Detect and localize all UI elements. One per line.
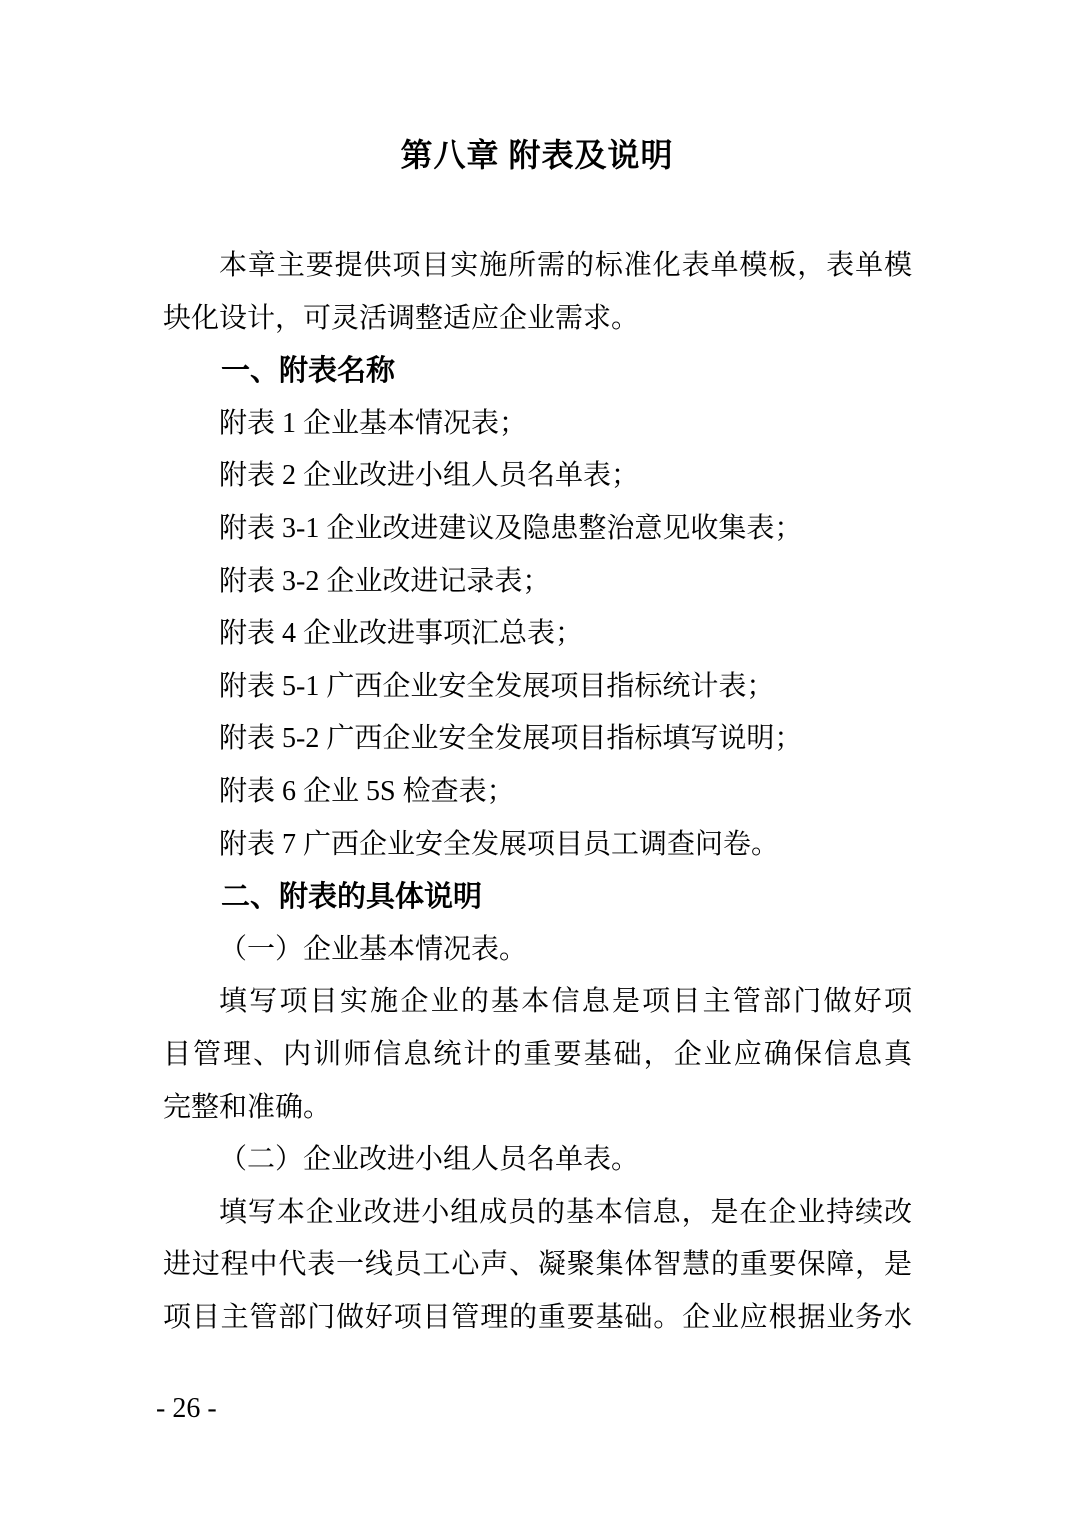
list-item-appendix-7: 附表 7 广西企业安全发展项目员工调查问卷。	[163, 819, 912, 872]
page-title: 第八章 附表及说明	[0, 130, 1074, 176]
subsection-heading-2: （二）企业改进小组人员名单表。	[163, 1134, 912, 1187]
list-item-appendix-6: 附表 6 企业 5S 检查表；	[163, 766, 912, 819]
paragraph-line: 填写项目实施企业的基本信息是项目主管部门做好项	[163, 976, 912, 1029]
list-item-appendix-3-1: 附表 3-1 企业改进建议及隐患整治意见收集表；	[163, 503, 912, 556]
paragraph-line: 完整和准确。	[163, 1082, 912, 1135]
paragraph-line: 目管理、内训师信息统计的重要基础，企业应确保信息真实、	[163, 1029, 912, 1082]
paragraph-line: 块化设计，可灵活调整适应企业需求。	[163, 293, 912, 346]
list-item-appendix-2: 附表 2 企业改进小组人员名单表；	[163, 450, 912, 503]
page-number: - 26 -	[156, 1392, 217, 1426]
paragraph-line: 项目主管部门做好项目管理的重要基础。企业应根据业务水	[163, 1292, 912, 1345]
subsection-heading-1: （一）企业基本情况表。	[163, 924, 912, 977]
paragraph-line: 填写本企业改进小组成员的基本信息，是在企业持续改	[163, 1187, 912, 1240]
list-item-appendix-5-2: 附表 5-2 广西企业安全发展项目指标填写说明；	[163, 713, 912, 766]
paragraph-line: 进过程中代表一线员工心声、凝聚集体智慧的重要保障，是	[163, 1239, 912, 1292]
list-item-appendix-4: 附表 4 企业改进事项汇总表；	[163, 608, 912, 661]
document-page: 第八章 附表及说明 本章主要提供项目实施所需的标准化表单模板，表单模 块化设计，…	[0, 0, 1074, 1520]
list-item-appendix-5-1: 附表 5-1 广西企业安全发展项目指标统计表；	[163, 661, 912, 714]
paragraph-line: 本章主要提供项目实施所需的标准化表单模板，表单模	[163, 240, 912, 293]
section-heading-1: 一、附表名称	[163, 345, 912, 398]
section-heading-2: 二、附表的具体说明	[163, 871, 912, 924]
list-item-appendix-3-2: 附表 3-2 企业改进记录表；	[163, 556, 912, 609]
document-body: 本章主要提供项目实施所需的标准化表单模板，表单模 块化设计，可灵活调整适应企业需…	[163, 240, 912, 1344]
list-item-appendix-1: 附表 1 企业基本情况表；	[163, 398, 912, 451]
